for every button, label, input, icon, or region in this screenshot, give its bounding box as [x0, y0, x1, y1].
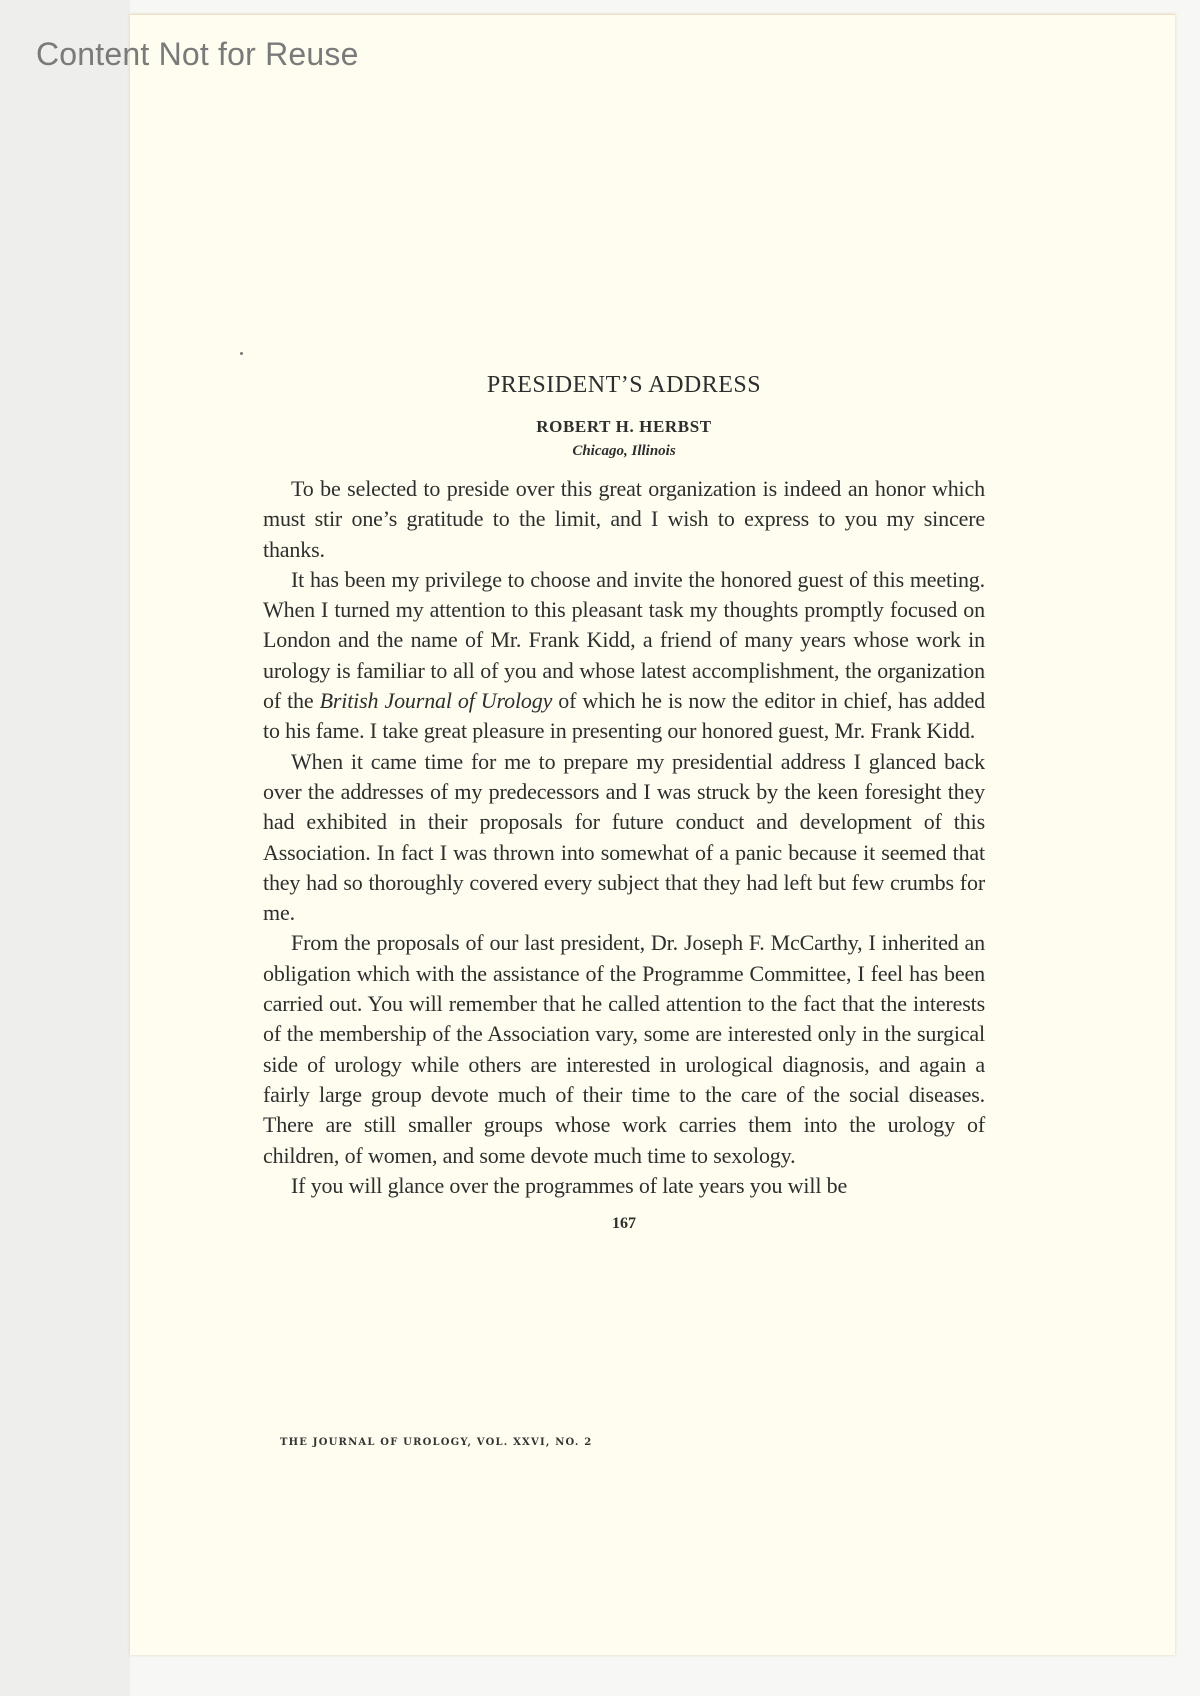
background-margin: [0, 0, 130, 1696]
author-affiliation: Chicago, Illinois: [263, 443, 985, 460]
journal-footer: THE JOURNAL OF UROLOGY, VOL. XXVI, NO. 2: [280, 1437, 592, 1448]
article-body: PRESIDENT’S ADDRESS ROBERT H. HERBST Chi…: [263, 372, 985, 1233]
journal-title-italic: British Journal of Urology: [320, 688, 553, 713]
article-title: PRESIDENT’S ADDRESS: [263, 372, 985, 399]
watermark: Content Not for Reuse: [36, 36, 359, 73]
paragraph: It has been my privilege to choose and i…: [263, 565, 985, 747]
paragraph: If you will glance over the programmes o…: [263, 1171, 985, 1201]
paragraph: When it came time for me to prepare my p…: [263, 747, 985, 929]
author-name: ROBERT H. HERBST: [263, 417, 985, 437]
paragraph: From the proposals of our last president…: [263, 928, 985, 1170]
paragraph: To be selected to preside over this grea…: [263, 474, 985, 565]
speck: [240, 352, 243, 355]
page-number: 167: [263, 1215, 985, 1233]
